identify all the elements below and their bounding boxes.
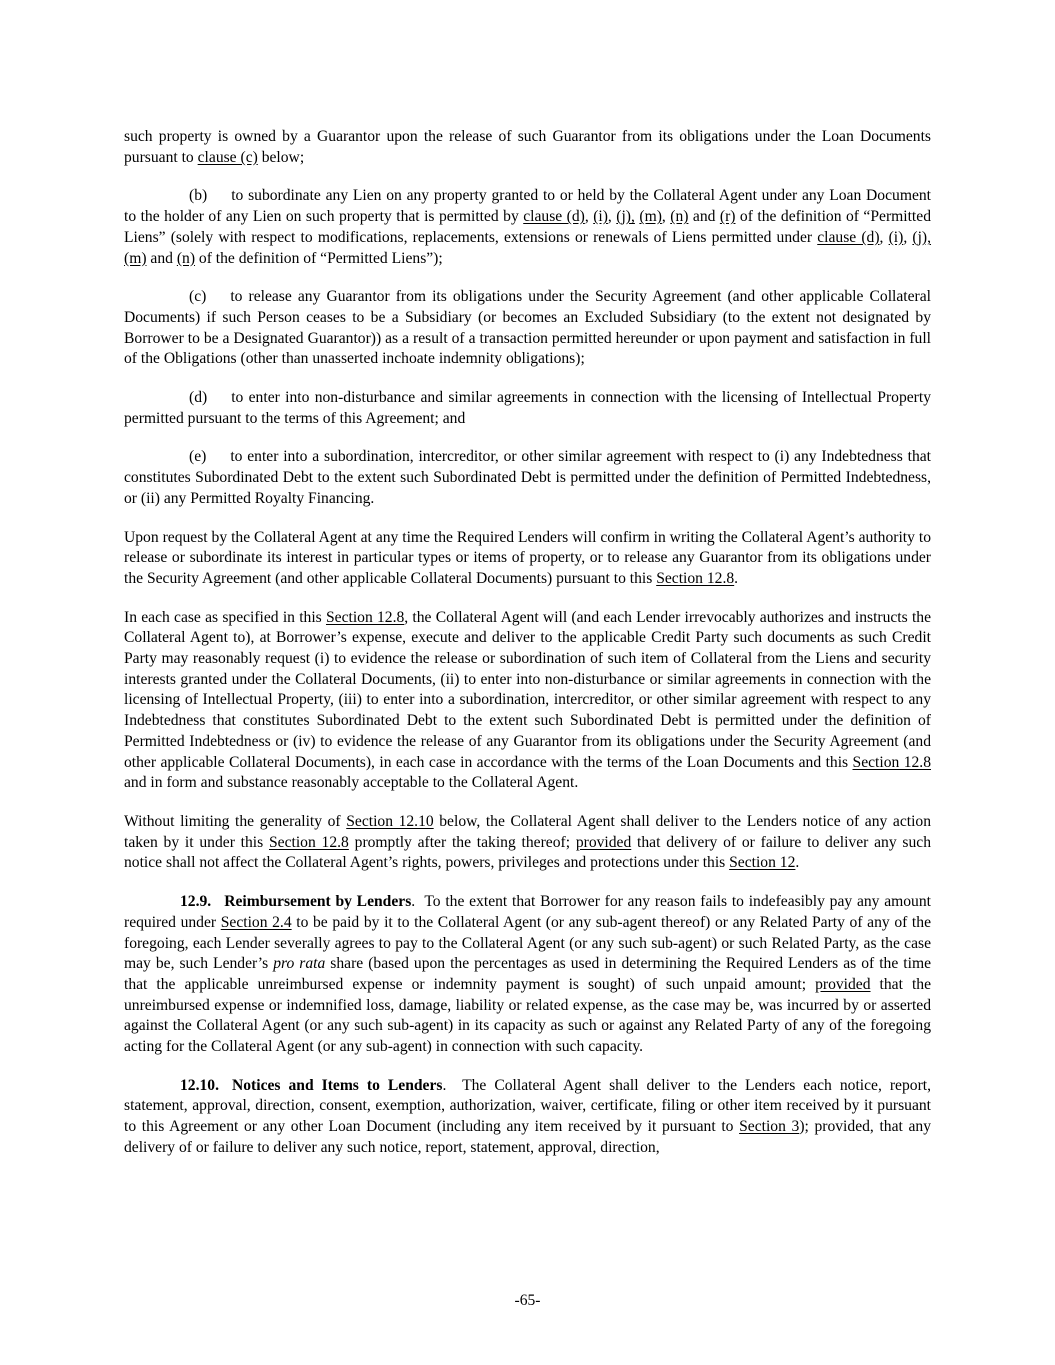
page-content: such property is owned by a Guarantor up…	[124, 127, 931, 1159]
paragraph-in-each-case: In each case as specified in this Sectio…	[124, 608, 931, 794]
paragraph-item-c: (c)to release any Guarantor from its obl…	[124, 287, 931, 370]
page-number: -65-	[0, 1291, 1055, 1312]
paragraph-section-12-10: 12.10.Notices and Items to Lenders. The …	[124, 1076, 931, 1159]
paragraph-item-b: (b)to subordinate any Lien on any proper…	[124, 186, 931, 269]
paragraph-upon-request: Upon request by the Collateral Agent at …	[124, 528, 931, 590]
paragraph-section-12-9: 12.9.Reimbursement by Lenders. To the ex…	[124, 892, 931, 1058]
paragraph-item-d: (d)to enter into non-disturbance and sim…	[124, 388, 931, 429]
paragraph-without-limiting: Without limiting the generality of Secti…	[124, 812, 931, 874]
document-page: such property is owned by a Guarantor up…	[0, 0, 1055, 1365]
paragraph-item-e: (e)to enter into a subordination, interc…	[124, 447, 931, 509]
paragraph-continuation: such property is owned by a Guarantor up…	[124, 127, 931, 168]
